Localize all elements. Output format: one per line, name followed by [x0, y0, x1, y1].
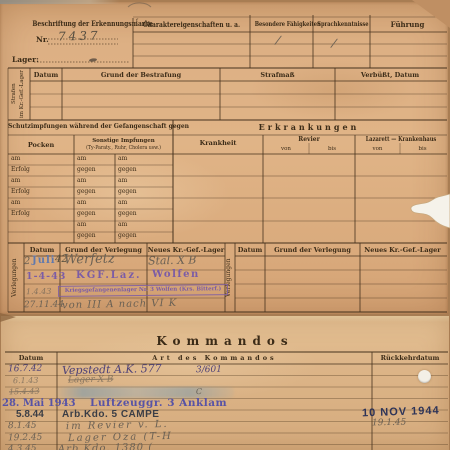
impfung-row-label: am	[11, 156, 20, 163]
erkennungsmarke-number: 7437	[58, 30, 101, 43]
strafen-side-label-2: im Kr.-Gef.-Lager	[19, 70, 25, 118]
impfungen-col-sonstige: Sonstige Impfungen	[74, 138, 173, 144]
impfung-row-label: am	[118, 200, 127, 207]
verlegung-entry-datum: 27.11.44	[24, 301, 64, 311]
impfung-row-label: gegen	[77, 167, 96, 174]
kommandos-col-datum: Datum	[5, 355, 57, 362]
kommando-datum: 16.7.42	[8, 365, 43, 375]
verlegung-entry-datum: 1.4.43	[26, 288, 52, 297]
lager-label: Lager:	[12, 56, 39, 64]
kommando-datum: 6.1.43	[13, 377, 39, 386]
kommando-datum-stamp: 28. Mai 1943	[2, 399, 76, 409]
erkrankungen-title: Erkrankungen	[173, 123, 445, 132]
kommando-datum-stamp: 5.8.44	[16, 410, 44, 420]
impfung-row-label: am	[11, 200, 20, 207]
verlegungen-side-label-left: Verlegungen	[12, 246, 19, 310]
verlegungen-col-grund: Grund der Verlegung	[265, 247, 360, 254]
verlegung-entry-lager: Wolfen	[152, 270, 200, 280]
kommando-datum: 19.2.45	[8, 434, 43, 444]
punch-hole	[418, 370, 431, 383]
verlegungen-col-datum: Datum	[24, 247, 60, 254]
impfung-row-label: gegen	[77, 233, 96, 240]
kommando-art-extra: 3/601	[196, 366, 222, 376]
erkennungsmarke-label: Beschriftung der Erkennungsmarke	[32, 20, 127, 28]
verlegung-entry-datum-pencil: 2	[24, 257, 31, 267]
scanned-pow-record-card: Beschriftung der Erkennungsmarke Nr. 743…	[0, 0, 450, 450]
rueckkehr-date-pencil: 19.1.45	[372, 419, 407, 429]
impfungen-title: Schutzimpfungen während der Gefangenscha…	[8, 124, 173, 131]
strafen-col-grund: Grund der Bestrafung	[62, 72, 220, 79]
verlegung-entry-datum-stamp: Juli	[32, 256, 56, 266]
impfungen-col-pocken: Pocken	[8, 142, 74, 149]
verlegung-entry-grund: KGF.Laz.	[76, 271, 141, 281]
kommando-datum: 4.3.45	[8, 445, 37, 450]
erkrankungen-col-lazarett: Lazarett — Krankenhaus	[362, 137, 440, 144]
verlegung-entry-lager: Stal. X B	[148, 254, 197, 266]
scan-edge-shadow	[0, 0, 120, 4]
kommando-art: Arb.Kdo. 1380 (	[58, 443, 153, 450]
erkrankungen-von-label: von	[355, 146, 400, 152]
verlegungen-side-label-right: Verlegungen	[226, 246, 233, 310]
strafen-col-datum: Datum	[30, 72, 62, 79]
strafen-col-verbuesst: Verbüßt, Datum	[335, 72, 445, 79]
pencil-slash-faehigkeiten: /	[275, 34, 281, 47]
erased-entry-mark: C	[196, 388, 202, 396]
strafen-col-strafmass: Strafmaß	[220, 72, 335, 79]
erkrankungen-bis-label: bis	[309, 146, 355, 152]
verlegungen-col-lager: Neues Kr.-Gef.-Lager	[360, 247, 445, 254]
erkrankungen-bis-label: bis	[400, 146, 445, 152]
impfung-row-label: am	[118, 156, 127, 163]
column-charaktereigenschaften: Charaktereigenschaften u. a.	[142, 21, 241, 29]
impfung-row-label: am	[118, 178, 127, 185]
impfung-row-label: am	[77, 200, 86, 207]
verlegung-entry-text: von III A nach VI K	[62, 299, 177, 311]
verlegung-entry-datum: 1-4-43	[26, 272, 66, 282]
kommando-art-stamp: Luftzeuggr. 3 Anklam	[90, 398, 227, 409]
column-sprachkenntnisse: Sprachkenntnisse	[317, 22, 365, 29]
erkrankungen-col-revier: Revier	[263, 137, 355, 144]
impfung-row-label: gegen	[118, 233, 137, 240]
column-besondere-faehigkeiten: Besondere Fähigkeiten	[255, 22, 309, 29]
kommando-art: im Revier v. L.	[66, 420, 169, 432]
impfung-row-label: gegen	[118, 167, 137, 174]
impfung-row-label: am	[77, 222, 86, 229]
impfung-row-label: Erfolg	[11, 189, 30, 196]
kommando-datum: 15.4.43	[9, 388, 40, 397]
torn-notch	[405, 192, 450, 234]
impfung-row-label: am	[11, 178, 20, 185]
kommandos-col-rueckkehrdatum: Rückkehrdatum	[372, 355, 448, 362]
impfungen-col-sonstige-note: (Ty-Paraty., Ruhr, Cholera usw.)	[81, 145, 165, 151]
pencil-slash-sprachen: /	[331, 37, 337, 50]
impfung-row-label: gegen	[77, 211, 96, 218]
erkrankungen-col-krankheit: Krankheit	[173, 140, 263, 147]
strafen-side-label-1: Strafen	[11, 70, 17, 118]
impfung-row-label: gegen	[77, 189, 96, 196]
footnote-mark: f	[136, 19, 138, 25]
impfung-row-label: gegen	[118, 211, 137, 218]
kommando-datum: 8.1.45	[8, 422, 37, 432]
nr-label: Nr.	[36, 36, 49, 44]
impfung-row-label: am	[118, 222, 127, 229]
verlegungen-col-datum: Datum	[235, 247, 265, 254]
verlegung-entry-grund: Werfetz	[64, 252, 115, 266]
impfung-row-label: am	[77, 156, 86, 163]
impfung-row-label: Erfolg	[11, 167, 30, 174]
kriegsgefangenenlager-stamp: Kriegsgefangenenlager Nr. 3 Wolfen (Krs.…	[58, 284, 228, 297]
impfung-row-label: Erfolg	[11, 211, 30, 218]
kommando-art: Lager X B	[68, 376, 114, 386]
impfung-row-label: am	[77, 178, 86, 185]
kommandos-title: Kommandos	[0, 335, 450, 348]
erkrankungen-von-label: von	[263, 146, 309, 152]
impfung-row-label: gegen	[118, 189, 137, 196]
kommandos-col-art: Art des Kommandos	[57, 355, 372, 362]
column-fuehrung: Führung	[370, 21, 445, 29]
card-content-layer: Beschriftung der Erkennungsmarke Nr. 743…	[0, 0, 450, 450]
